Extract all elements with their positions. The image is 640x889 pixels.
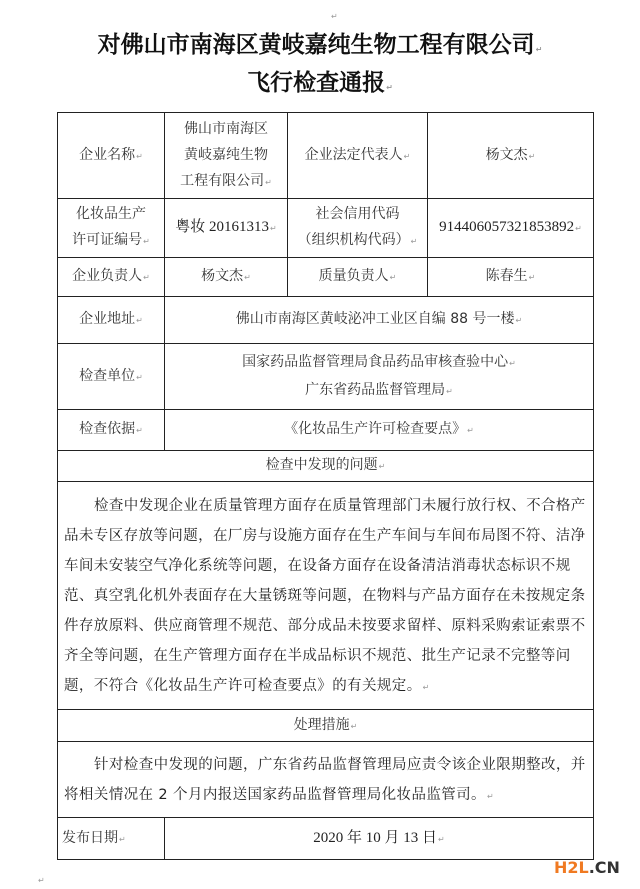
- company-head-value: 杨文杰↵: [165, 258, 288, 297]
- legal-rep-value: 杨文杰↵: [428, 113, 594, 199]
- paragraph-mark: ↵: [331, 12, 338, 21]
- company-name-value: 佛山市南海区 黄岐嘉纯生物 工程有限公司↵: [165, 113, 288, 199]
- inspector-label: 检查单位↵: [58, 344, 165, 410]
- legal-rep-label: 企业法定代表人↵: [288, 113, 428, 199]
- address-value: 佛山市南海区黄岐泌冲工业区自编 88 号一楼↵: [165, 297, 594, 344]
- license-value: 粤妆 20161313↵: [165, 199, 288, 258]
- quality-head-label: 质量负责人↵: [288, 258, 428, 297]
- basis-label: 检查依据↵: [58, 410, 165, 451]
- issues-text: 检查中发现企业在质量管理方面存在质量管理部门未履行放行权、不合格产品未专区存放等…: [58, 482, 594, 710]
- row-measures-header: 处理措施↵: [58, 710, 594, 742]
- row-license: 化妆品生产 许可证编号↵ 粤妆 20161313↵ 社会信用代码 （组织机构代码…: [58, 199, 594, 258]
- measures-header: 处理措施↵: [58, 710, 594, 742]
- h2l-watermark-logo: H2L.CN: [554, 858, 620, 877]
- row-address: 企业地址↵ 佛山市南海区黄岐泌冲工业区自编 88 号一楼↵: [58, 297, 594, 344]
- basis-value: 《化妆品生产许可检查要点》↵: [165, 410, 594, 451]
- inspector-value: 国家药品监督管理局食品药品审核查验中心↵ 广东省药品监督管理局↵: [165, 344, 594, 410]
- paragraph-mark: ↵: [38, 876, 45, 885]
- row-company-name: 企业名称↵ 佛山市南海区 黄岐嘉纯生物 工程有限公司↵ 企业法定代表人↵ 杨文杰…: [58, 113, 594, 199]
- company-name-label: 企业名称↵: [58, 113, 165, 199]
- row-measures-body: 针对检查中发现的问题，广东省药品监督管理局应责令该企业限期整改，并将相关情况在 …: [58, 742, 594, 818]
- measures-text: 针对检查中发现的问题，广东省药品监督管理局应责令该企业限期整改，并将相关情况在 …: [58, 742, 594, 818]
- row-inspector: 检查单位↵ 国家药品监督管理局食品药品审核查验中心↵ 广东省药品监督管理局↵: [58, 344, 594, 410]
- title-line-2: 飞行检查通报↵: [0, 66, 640, 104]
- company-head-label: 企业负责人↵: [58, 258, 165, 297]
- paragraph-mark: ↵: [536, 45, 543, 54]
- row-basis: 检查依据↵ 《化妆品生产许可检查要点》↵: [58, 410, 594, 451]
- issues-header: 检查中发现的问题↵: [58, 451, 594, 482]
- row-issues-body: 检查中发现企业在质量管理方面存在质量管理部门未履行放行权、不合格产品未专区存放等…: [58, 482, 594, 710]
- credit-code-value: 914406057321853892↵: [428, 199, 594, 258]
- title-line-1: 对佛山市南海区黄岐嘉纯生物工程有限公司↵: [0, 28, 640, 66]
- credit-code-label: 社会信用代码 （组织机构代码）↵: [288, 199, 428, 258]
- address-label: 企业地址↵: [58, 297, 165, 344]
- row-date: 发布日期↵ 2020 年 10 月 13 日↵: [58, 818, 594, 860]
- license-label: 化妆品生产 许可证编号↵: [58, 199, 165, 258]
- paragraph-mark: ↵: [386, 83, 393, 92]
- row-issues-header: 检查中发现的问题↵: [58, 451, 594, 482]
- date-label: 发布日期↵: [58, 818, 165, 860]
- row-responsible-persons: 企业负责人↵ 杨文杰↵ 质量负责人↵ 陈春生↵: [58, 258, 594, 297]
- document-title: ↵ 对佛山市南海区黄岐嘉纯生物工程有限公司↵ 飞行检查通报↵: [0, 12, 640, 104]
- inspection-report-table: 企业名称↵ 佛山市南海区 黄岐嘉纯生物 工程有限公司↵ 企业法定代表人↵ 杨文杰…: [57, 112, 594, 860]
- quality-head-value: 陈春生↵: [428, 258, 594, 297]
- date-value: 2020 年 10 月 13 日↵: [165, 818, 594, 860]
